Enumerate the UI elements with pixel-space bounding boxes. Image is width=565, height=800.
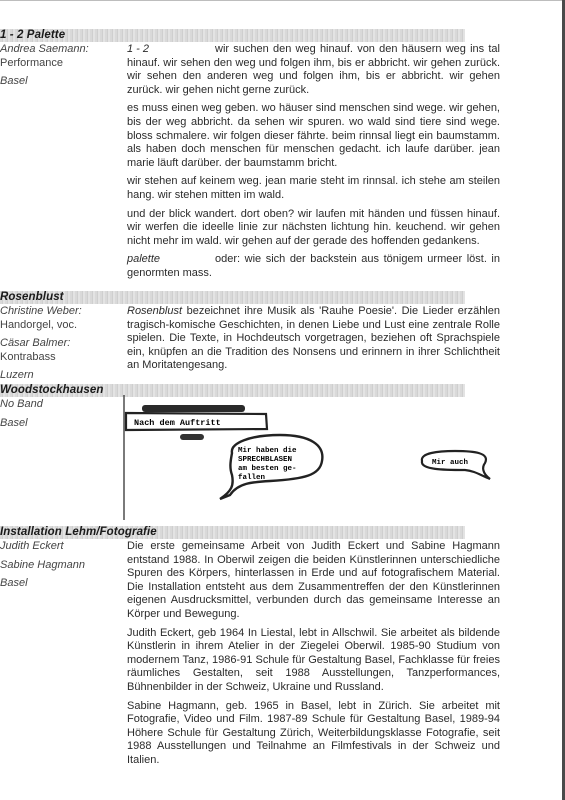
credit-city: Basel <box>0 75 118 89</box>
section-body: Rosenblust bezeichnet ihre Musik als 'Ra… <box>127 305 500 378</box>
section-heading-bar <box>0 291 465 304</box>
paragraph-lead: palette <box>127 253 215 267</box>
comic-drawing: Nach dem Auftritt Mir haben die SPRECHBL… <box>120 395 560 520</box>
credit-role: Handorgel, voc. <box>0 319 118 333</box>
paragraph: und der blick wandert. dort oben? wir la… <box>127 208 500 249</box>
section-credits: Judith Eckert Sabine Hagmann Basel <box>0 540 118 591</box>
credit-artist: Andrea Saemann: <box>0 43 118 57</box>
section-credits: Christine Weber: Handorgel, voc. Cäsar B… <box>0 305 118 383</box>
paragraph: es muss einen weg geben. wo häuser sind … <box>127 102 500 170</box>
paragraph: Die erste gemeinsame Arbeit von Judith E… <box>127 540 500 622</box>
paragraph: Sabine Hagmann, geb. 1965 in Basel, lebt… <box>127 700 500 768</box>
credit-artist: Christine Weber: <box>0 305 118 319</box>
credit-city: Luzern <box>0 369 118 383</box>
credit-artist: Judith Eckert <box>0 540 118 554</box>
credit-role: Kontrabass <box>0 351 118 365</box>
paragraph: paletteoder: wie sich der backstein aus … <box>127 253 500 280</box>
speech-bubble-line: fallen <box>238 474 266 482</box>
section-title: Woodstockhausen <box>0 384 104 396</box>
paragraph-text: bezeichnet ihre Musik als 'Rauhe Poesie'… <box>127 305 500 371</box>
speech-bubble-line: SPRECHBLASEN <box>238 456 292 464</box>
paragraph: wir stehen auf keinem weg. jean marie st… <box>127 175 500 202</box>
paragraph: 1 - 2wir suchen den weg hinauf. von den … <box>127 43 500 97</box>
section-heading-bar <box>0 29 465 42</box>
paragraph: Judith Eckert, geb 1964 In Liestal, lebt… <box>127 627 500 695</box>
section-title: Installation Lehm/Fotografie <box>0 526 157 538</box>
paragraph-lead: Rosenblust <box>127 305 182 317</box>
credit-artist: Sabine Hagmann <box>0 559 118 573</box>
section-credits: Andrea Saemann: Performance Basel <box>0 43 118 89</box>
credit-artist: No Band <box>0 398 118 412</box>
credit-role: Performance <box>0 57 118 71</box>
credit-city: Basel <box>0 577 118 591</box>
credit-artist: Cäsar Balmer: <box>0 337 118 351</box>
speech-bubble-line: Mir haben die <box>238 447 297 455</box>
section-body: Die erste gemeinsame Arbeit von Judith E… <box>127 540 500 773</box>
section-title: 1 - 2 Palette <box>0 29 65 41</box>
section-credits: No Band Basel <box>0 398 118 430</box>
page-top-edge <box>0 0 562 1</box>
section-body: 1 - 2wir suchen den weg hinauf. von den … <box>127 43 500 286</box>
speech-bubble-line: am besten ge- <box>238 465 297 473</box>
comic-caption: Nach dem Auftritt <box>134 418 221 428</box>
paragraph: Rosenblust bezeichnet ihre Musik als 'Ra… <box>127 305 500 373</box>
credit-city: Basel <box>0 417 118 431</box>
section-title: Rosenblust <box>0 291 64 303</box>
paragraph-lead: 1 - 2 <box>127 43 215 57</box>
speech-bubble-text: Mir auch <box>432 459 469 467</box>
comic-panel: Nach dem Auftritt Mir haben die SPRECHBL… <box>120 395 560 520</box>
